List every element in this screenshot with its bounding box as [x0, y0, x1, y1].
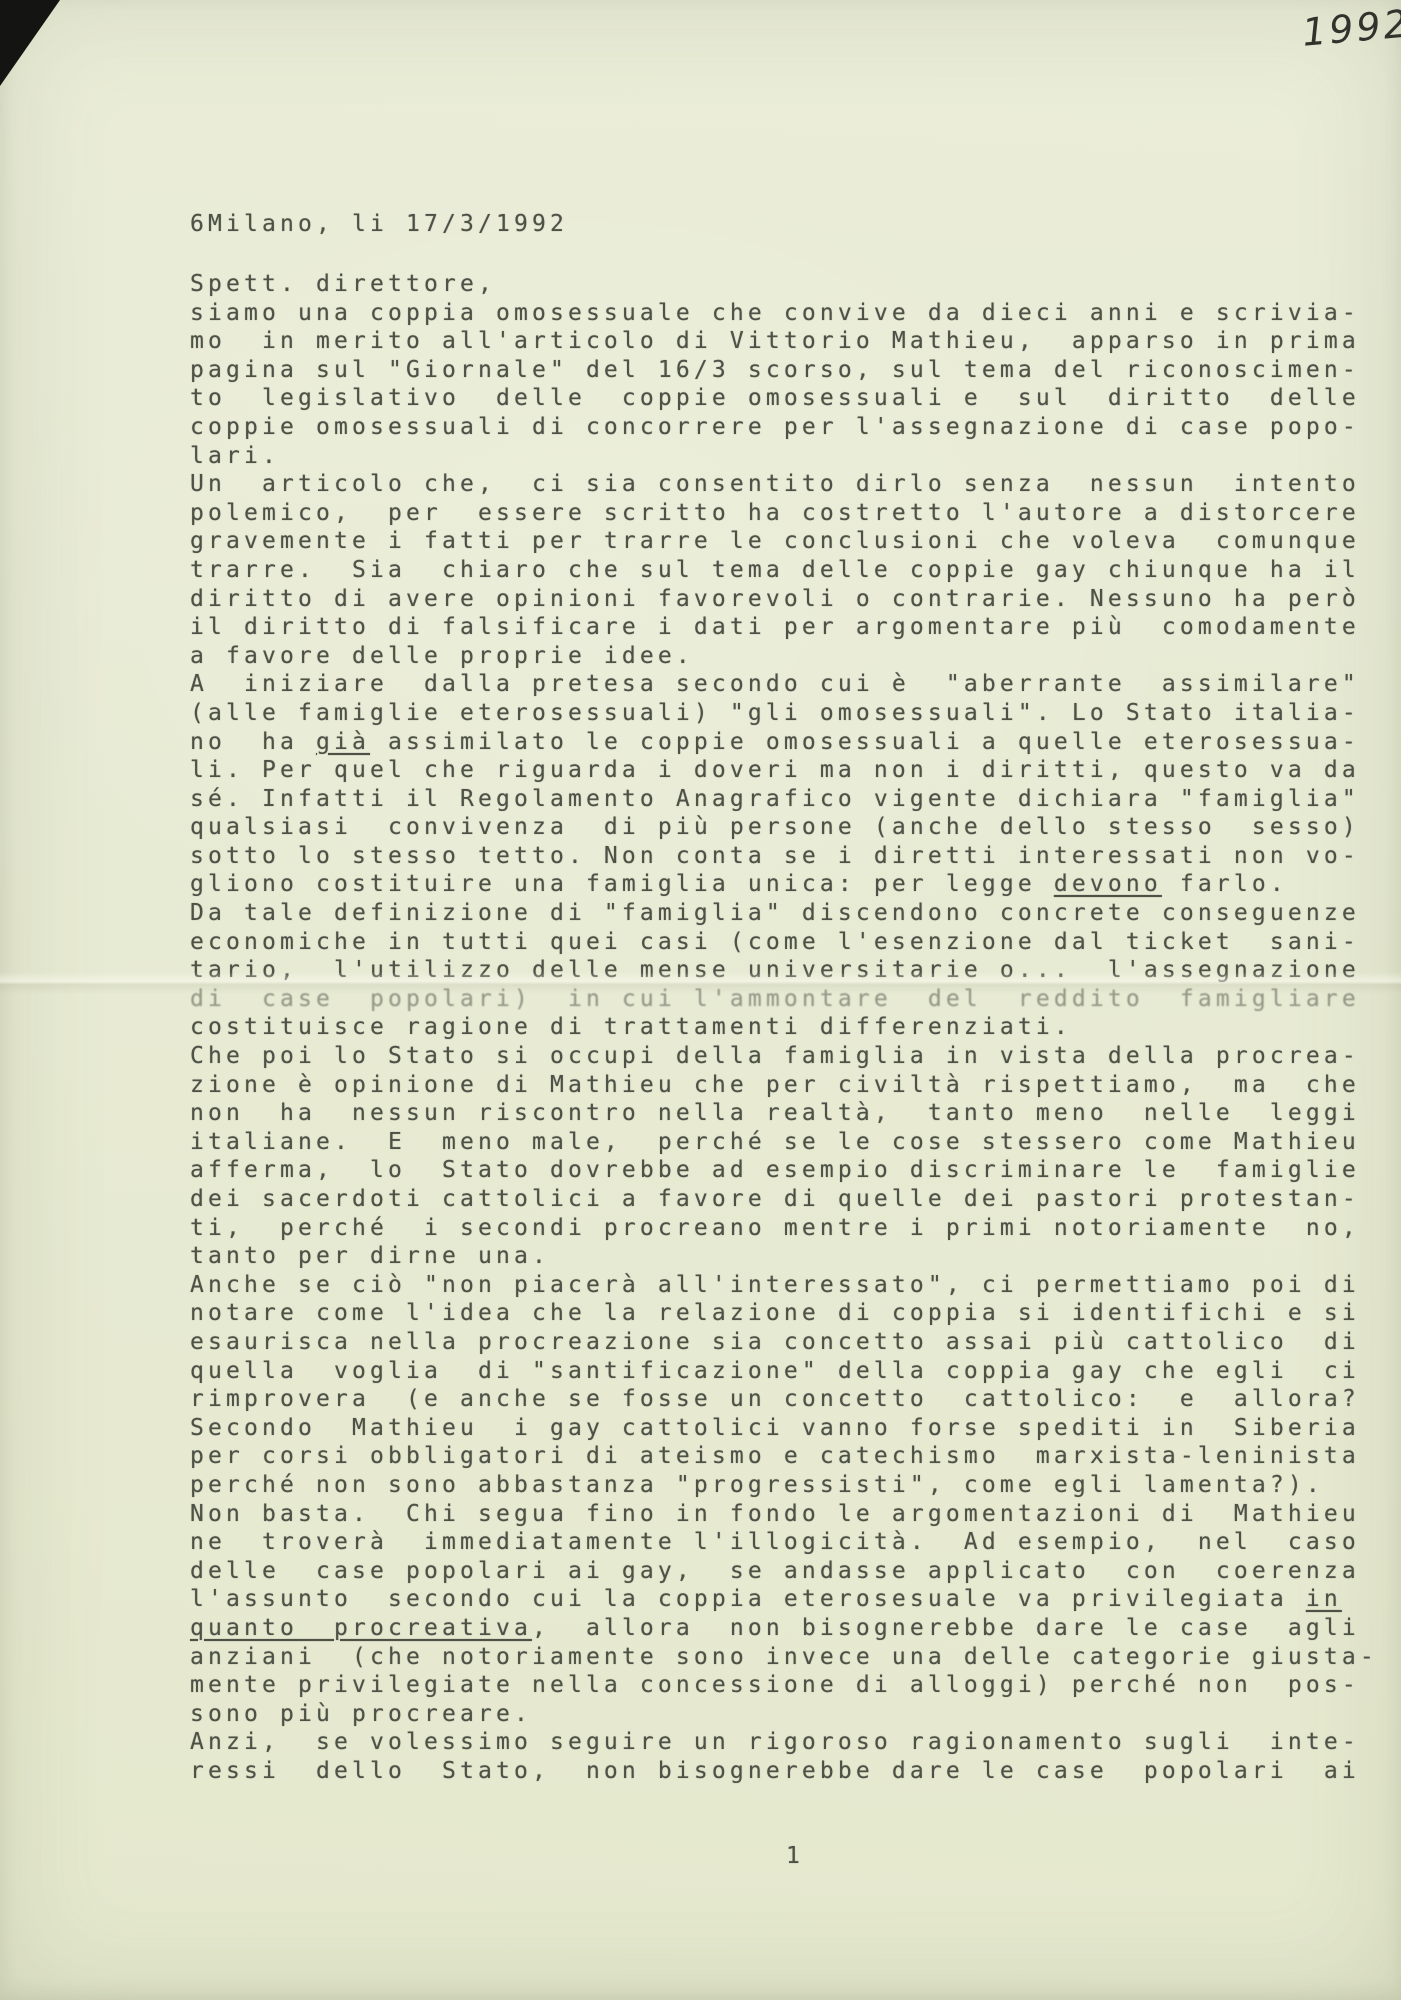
text-line: pagina sul "Giornale" del 16/3 scorso, s…: [190, 356, 1378, 385]
underlined-text: in: [1306, 1586, 1342, 1612]
letter-page: 1992 6Milano, li 17/3/1992 Spett. dirett…: [0, 0, 1401, 2000]
text-line: ne troverà immediatamente l'illogicità. …: [190, 1528, 1378, 1557]
text-line: Da tale definizione di "famiglia" discen…: [190, 899, 1378, 928]
text-segment: gliono costituire una famiglia unica: pe…: [190, 871, 1054, 897]
text-line: delle case popolari ai gay, se andasse a…: [190, 1557, 1378, 1586]
text-line: anziani (che notoriamente sono invece un…: [190, 1643, 1378, 1672]
handwritten-year-annotation: 1992: [1300, 1, 1401, 54]
text-line: polemico, per essere scritto ha costrett…: [190, 499, 1378, 528]
underlined-text: quanto procreativa: [190, 1615, 532, 1641]
text-line: dei sacerdoti cattolici a favore di quel…: [190, 1185, 1378, 1214]
text-line: Anche se ciò "non piacerà all'interessat…: [190, 1271, 1378, 1300]
text-line: notare come l'idea che la relazione di c…: [190, 1299, 1378, 1328]
scanner-corner-shadow: [0, 0, 60, 86]
text-line: perché non sono abbastanza "progressisti…: [190, 1471, 1378, 1500]
text-segment: farlo.: [1162, 871, 1288, 897]
text-line: italiane. E meno male, perché se le cose…: [190, 1128, 1378, 1157]
letter-body: Spett. direttore,siamo una coppia omoses…: [190, 270, 1378, 1785]
text-line: diritto di avere opinioni favorevoli o c…: [190, 585, 1378, 614]
underlined-text: già: [316, 729, 370, 755]
text-line: Anzi, se volessimo seguire un rigoroso r…: [190, 1728, 1378, 1757]
text-line: Spett. direttore,: [190, 270, 1378, 299]
text-line: economiche in tutti quei casi (come l'es…: [190, 928, 1378, 957]
text-line: siamo una coppia omosessuale che convive…: [190, 299, 1378, 328]
text-line: (alle famiglie eterosessuali) "gli omose…: [190, 699, 1378, 728]
text-segment: , allora non bisognerebbe dare le case a…: [532, 1615, 1360, 1641]
text-line: mente privilegiate nella concessione di …: [190, 1671, 1378, 1700]
text-line: zione è opinione di Mathieu che per civi…: [190, 1071, 1378, 1100]
text-segment: no ha: [190, 729, 316, 755]
text-line: sono più procreare.: [190, 1700, 1378, 1729]
text-line: gliono costituire una famiglia unica: pe…: [190, 870, 1378, 899]
text-line: quella voglia di "santificazione" della …: [190, 1357, 1378, 1386]
underlined-text: devono: [1054, 871, 1162, 897]
text-line: ressi dello Stato, non bisognerebbe dare…: [190, 1757, 1378, 1786]
text-line: per corsi obbligatori di ateismo e catec…: [190, 1442, 1378, 1471]
text-line: non ha nessun riscontro nella realtà, ta…: [190, 1099, 1378, 1128]
text-segment: assimilato le coppie omosessuali a quell…: [370, 729, 1360, 755]
text-line: qualsiasi convivenza di più persone (anc…: [190, 813, 1378, 842]
text-line: il diritto di falsificare i dati per arg…: [190, 613, 1378, 642]
text-line: sé. Infatti il Regolamento Anagrafico vi…: [190, 785, 1378, 814]
text-line: a favore delle proprie idee.: [190, 642, 1378, 671]
date-line: 6Milano, li 17/3/1992: [190, 210, 568, 239]
text-line: Non basta. Chi segua fino in fondo le ar…: [190, 1500, 1378, 1529]
text-line: mo in merito all'articolo di Vittorio Ma…: [190, 327, 1378, 356]
text-line: Secondo Mathieu i gay cattolici vanno fo…: [190, 1414, 1378, 1443]
text-line: gravemente i fatti per trarre le conclus…: [190, 527, 1378, 556]
text-line: quanto procreativa, allora non bisognere…: [190, 1614, 1378, 1643]
text-line: costituisce ragione di trattamenti diffe…: [190, 1013, 1378, 1042]
text-line: ti, perché i secondi procreano mentre i …: [190, 1214, 1378, 1243]
text-line: Un articolo che, ci sia consentito dirlo…: [190, 470, 1378, 499]
text-line: trarre. Sia chiaro che sul tema delle co…: [190, 556, 1378, 585]
text-line: sotto lo stesso tetto. Non conta se i di…: [190, 842, 1378, 871]
text-line: no ha già assimilato le coppie omosessua…: [190, 728, 1378, 757]
text-line: tario, l'utilizzo delle mense universita…: [190, 956, 1378, 985]
text-line: coppie omosessuali di concorrere per l'a…: [190, 413, 1378, 442]
page-number: 1: [210, 1842, 1380, 1871]
text-line: A iniziare dalla pretesa secondo cui è "…: [190, 670, 1378, 699]
text-line: tanto per dirne una.: [190, 1242, 1378, 1271]
text-line: rimprovera (e anche se fosse un concetto…: [190, 1385, 1378, 1414]
text-line: Che poi lo Stato si occupi della famigli…: [190, 1042, 1378, 1071]
text-line: l'assunto secondo cui la coppia eteroses…: [190, 1585, 1378, 1614]
text-line: afferma, lo Stato dovrebbe ad esempio di…: [190, 1156, 1378, 1185]
text-line: to legislativo delle coppie omosessuali …: [190, 384, 1378, 413]
text-line: li. Per quel che riguarda i doveri ma no…: [190, 756, 1378, 785]
text-line: lari.: [190, 442, 1378, 471]
text-line: esaurisca nella procreazione sia concett…: [190, 1328, 1378, 1357]
text-line: di case popolari) in cui l'ammontare del…: [190, 985, 1378, 1014]
text-segment: l'assunto secondo cui la coppia eteroses…: [190, 1586, 1306, 1612]
